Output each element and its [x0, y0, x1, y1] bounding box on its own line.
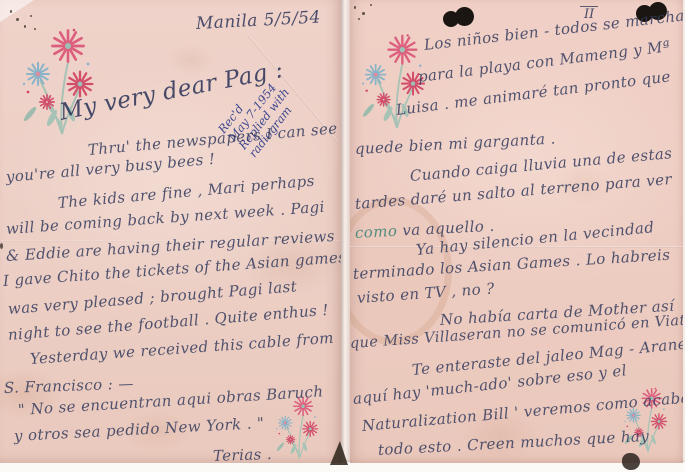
page-seam	[341, 0, 350, 463]
ink-speck	[358, 18, 360, 20]
letter-dateline: Manila 5/5/54	[195, 7, 321, 34]
letter-line: todo esto . Creen muchos que hay	[378, 427, 650, 459]
ink-speck	[362, 12, 365, 15]
ink-speck	[370, 4, 372, 6]
ink-speck	[0, 243, 3, 249]
letter-line: y otros sea pedido New York . "	[14, 414, 265, 445]
letter-scan: Manila 5/5/54 Rec'd May 7-1954 Replied w…	[0, 0, 685, 472]
ink-speck	[30, 15, 32, 17]
ink-speck	[16, 18, 19, 21]
edge-shadow	[622, 453, 640, 470]
letter-line: S. Francisco : —	[4, 374, 134, 397]
letter-signature: Terias .	[213, 445, 273, 463]
letter-line: tardes daré un salto al terreno para ver	[354, 170, 672, 213]
ink-blot	[443, 7, 477, 29]
highlighted-word: como	[355, 222, 398, 242]
letter-line: quede bien mi garganta .	[355, 129, 557, 157]
letter-page-1: Manila 5/5/54 Rec'd May 7-1954 Replied w…	[0, 0, 341, 463]
ink-speck	[354, 6, 356, 9]
ink-speck	[10, 10, 12, 13]
letter-page-2: II Los niños bien - todos se marcharon p…	[350, 0, 683, 463]
